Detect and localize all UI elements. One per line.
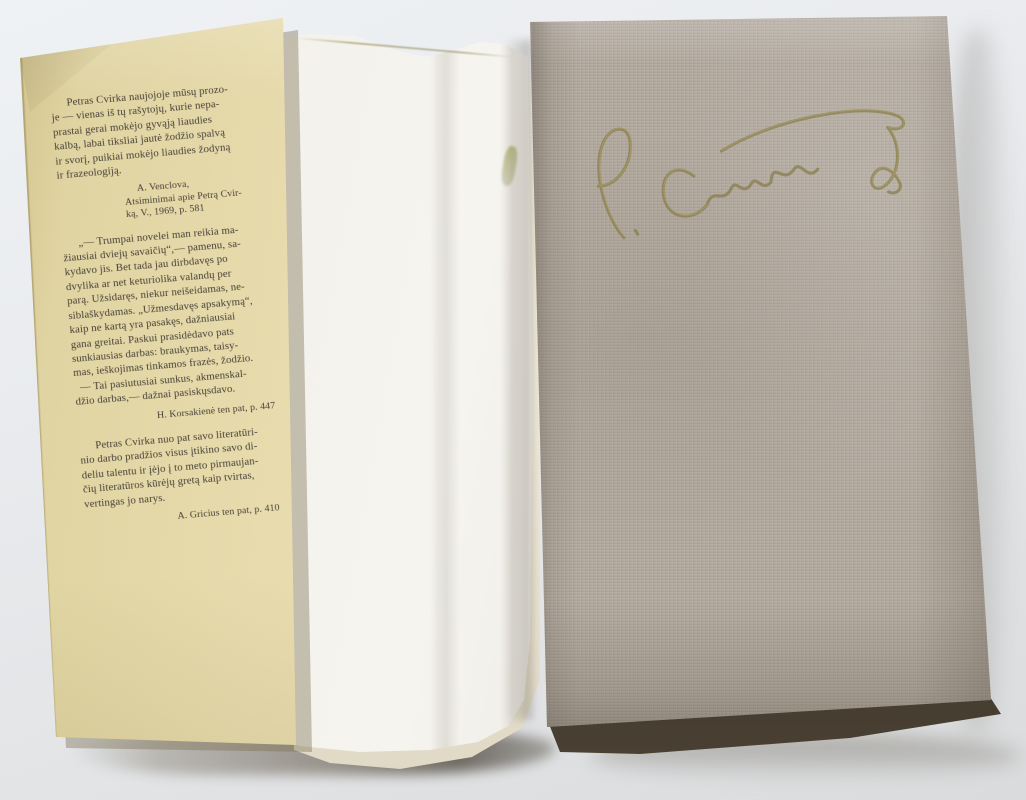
book-photo: Petras Cvirka naujojoje mūsų prozo- je —…	[0, 0, 1026, 800]
flap-attribution-3: A. Gricius ten pat, p. 410	[177, 501, 299, 523]
flap-quote-2: „— Trumpai novelei man reikia ma- žiausi…	[62, 219, 289, 409]
gold-signature	[576, 87, 929, 262]
flap-left-edge	[20, 58, 56, 737]
flap-quote-1: Petras Cvirka naujojoje mūsų prozo- je —…	[50, 79, 269, 183]
flap-quote-3: Petras Cvirka nuo pat savo literatūri- n…	[79, 422, 297, 512]
flap-attribution-1: A. Venclova, Atsiminimai apie Petrą Cvir…	[124, 172, 274, 221]
flap-printed-text: Petras Cvirka naujojoje mūsų prozo- je —…	[50, 79, 300, 541]
flap-attribution-2: H. Korsakienė ten pat, p. 447	[157, 399, 291, 422]
book-contact-shadow	[504, 40, 532, 720]
